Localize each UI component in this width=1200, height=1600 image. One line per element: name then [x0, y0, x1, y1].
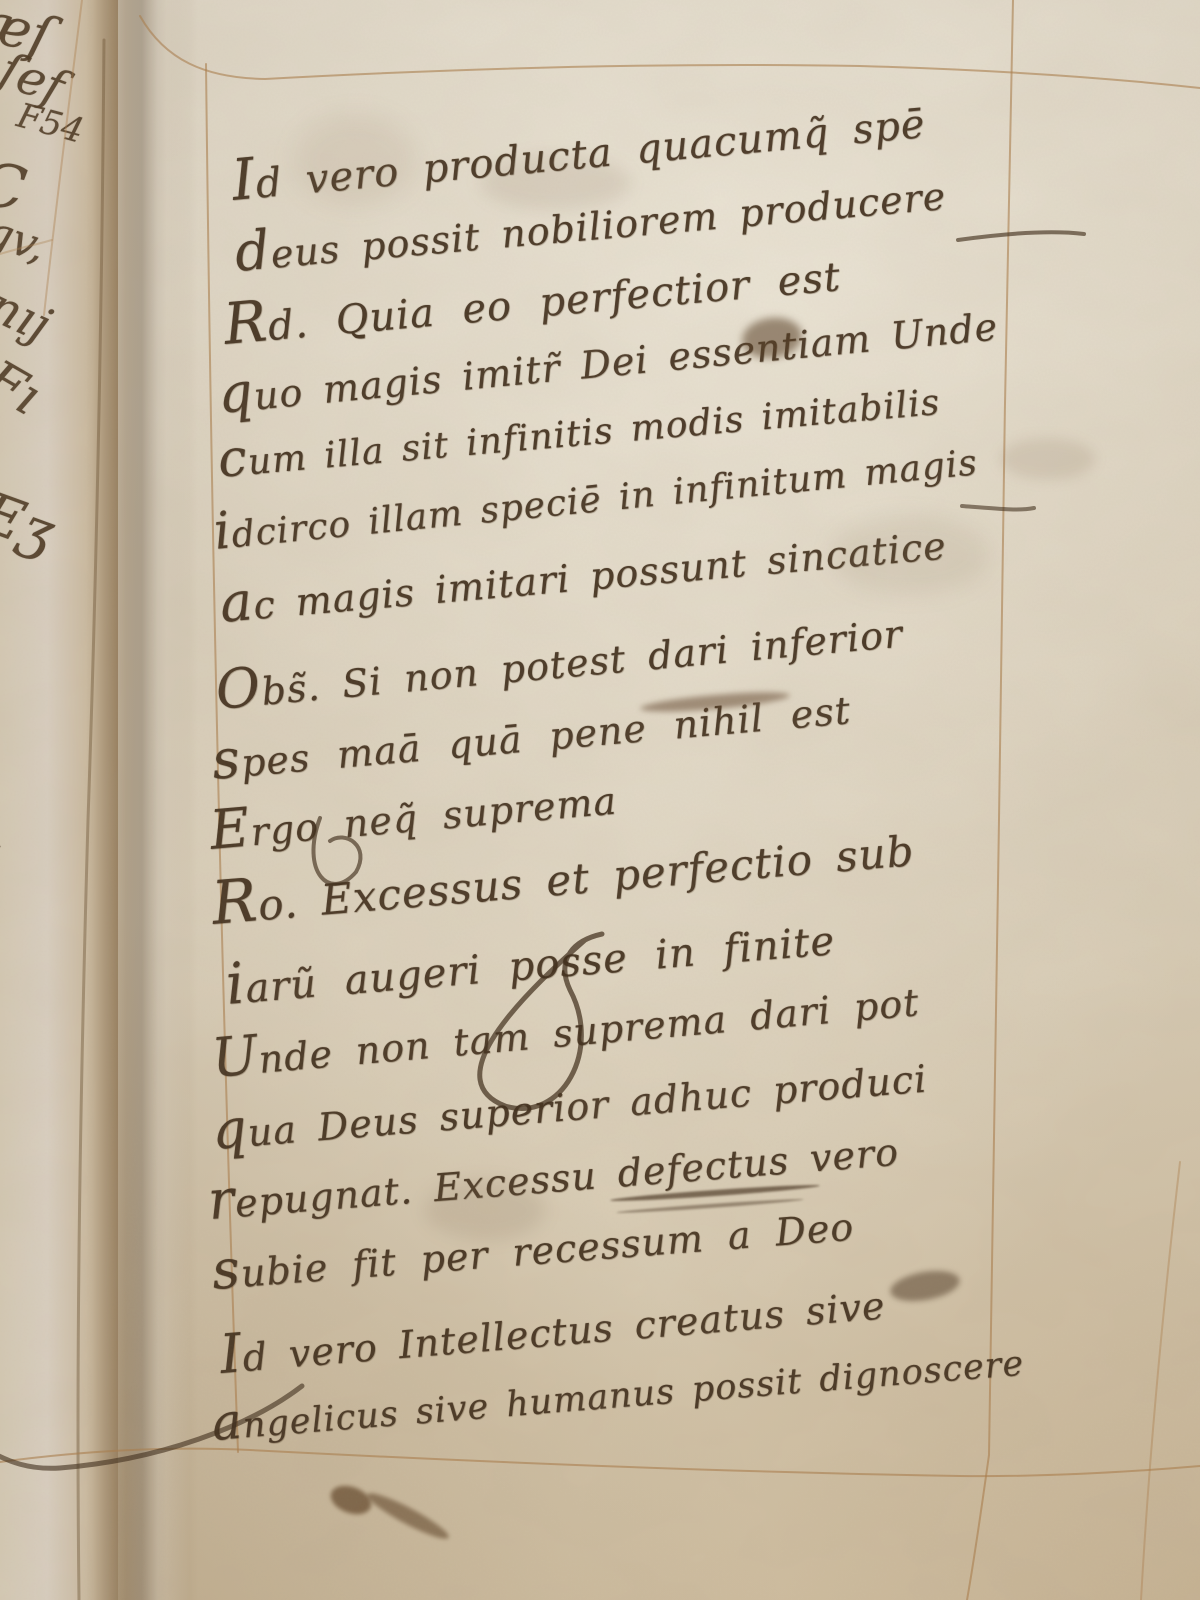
- manuscript-photo: æſſefF54Çgv,ınıjFıEʒ› Id vero producta q…: [0, 0, 1200, 1600]
- handwritten-text-block: Id vero producta quacumq̃ spēdeus possit…: [0, 0, 1200, 1600]
